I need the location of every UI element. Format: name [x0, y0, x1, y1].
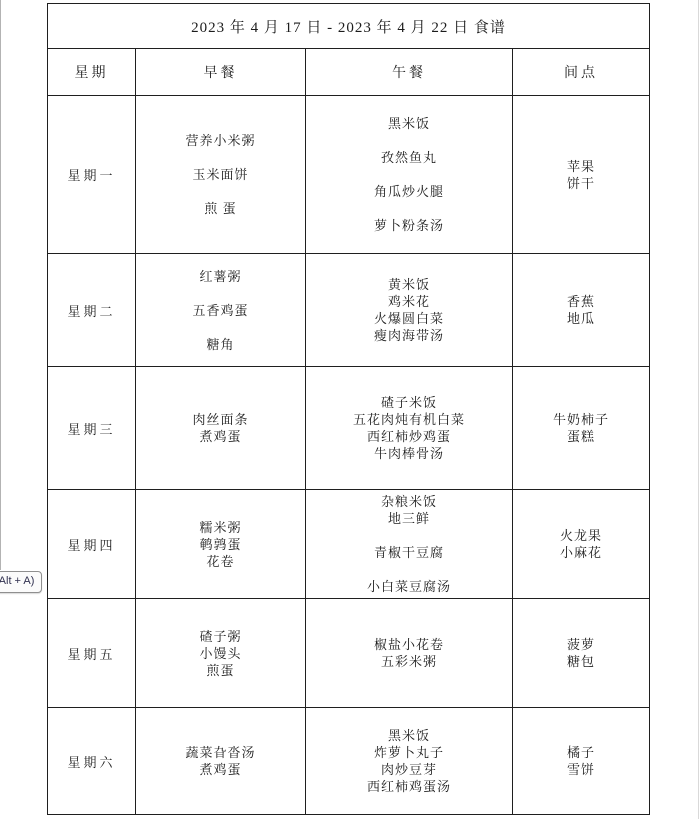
table-row-saturday: 星期六 蔬菜旮沓汤煮鸡蛋 黑米饭炸萝卜丸子肉炒豆芽西红柿鸡蛋汤 橘子雪饼 [48, 708, 650, 815]
title-row: 2023 年 4 月 17 日 - 2023 年 4 月 22 日 食谱 [48, 4, 650, 49]
day-cell: 星期二 [48, 254, 136, 367]
table-row-monday: 星期一 营养小米粥 玉米面饼 煎 蛋 黑米饭 孜然鱼丸 角瓜炒火腿 萝卜粉条汤 … [48, 96, 650, 254]
col-header-snack: 间点 [513, 49, 650, 96]
table-row-wednesday: 星期三 肉丝面条煮鸡蛋 碴子米饭五花肉炖有机白菜西红柿炒鸡蛋牛肉棒骨汤 牛奶柿子… [48, 367, 650, 490]
right-edge-line [698, 0, 699, 819]
col-header-day: 星期 [48, 49, 136, 96]
table-row-tuesday: 星期二 红薯粥 五香鸡蛋 糖角 黄米饭鸡米花火爆圆白菜瘦肉海带汤 香蕉地瓜 [48, 254, 650, 367]
day-cell: 星期一 [48, 96, 136, 254]
breakfast-cell: 营养小米粥 玉米面饼 煎 蛋 [136, 132, 305, 217]
lunch-cell: 黄米饭鸡米花火爆圆白菜瘦肉海带汤 [306, 276, 512, 344]
breakfast-cell: 蔬菜旮沓汤煮鸡蛋 [136, 744, 305, 778]
breakfast-cell: 糯米粥鹌鹑蛋花卷 [136, 519, 305, 570]
breakfast-cell: 碴子粥小馒头煎蛋 [136, 628, 305, 679]
document-page: 2023 年 4 月 17 日 - 2023 年 4 月 22 日 食谱 星期 … [0, 0, 700, 819]
snack-cell: 菠萝糖包 [513, 636, 649, 670]
snack-cell: 橘子雪饼 [513, 744, 649, 778]
col-header-breakfast: 早餐 [136, 49, 306, 96]
day-cell: 星期六 [48, 708, 136, 815]
lunch-cell: 黑米饭 孜然鱼丸 角瓜炒火腿 萝卜粉条汤 [306, 115, 512, 234]
shortcut-hint-chip[interactable]: (Alt + A) [0, 571, 42, 593]
breakfast-cell: 肉丝面条煮鸡蛋 [136, 411, 305, 445]
lunch-cell: 杂粮米饭地三鲜 青椒干豆腐 小白菜豆腐汤 [306, 493, 512, 595]
lunch-cell: 黑米饭炸萝卜丸子肉炒豆芽西红柿鸡蛋汤 [306, 727, 512, 795]
left-edge-line [0, 0, 1, 570]
menu-table: 2023 年 4 月 17 日 - 2023 年 4 月 22 日 食谱 星期 … [47, 3, 650, 815]
breakfast-cell: 红薯粥 五香鸡蛋 糖角 [136, 268, 305, 353]
snack-cell: 牛奶柿子蛋糕 [513, 411, 649, 445]
table-row-friday: 星期五 碴子粥小馒头煎蛋 椒盐小花卷五彩米粥 菠萝糖包 [48, 599, 650, 708]
table-row-thursday: 星期四 糯米粥鹌鹑蛋花卷 杂粮米饭地三鲜 青椒干豆腐 小白菜豆腐汤 火龙果小麻花 [48, 490, 650, 599]
snack-cell: 香蕉地瓜 [513, 293, 649, 327]
header-row: 星期 早餐 午餐 间点 [48, 49, 650, 96]
day-cell: 星期三 [48, 367, 136, 490]
lunch-cell: 椒盐小花卷五彩米粥 [306, 636, 512, 670]
snack-cell: 火龙果小麻花 [513, 527, 649, 561]
snack-cell: 苹果饼干 [513, 158, 649, 192]
day-cell: 星期四 [48, 490, 136, 599]
lunch-cell: 碴子米饭五花肉炖有机白菜西红柿炒鸡蛋牛肉棒骨汤 [306, 394, 512, 462]
day-cell: 星期五 [48, 599, 136, 708]
col-header-lunch: 午餐 [306, 49, 513, 96]
table-title: 2023 年 4 月 17 日 - 2023 年 4 月 22 日 食谱 [48, 4, 650, 49]
